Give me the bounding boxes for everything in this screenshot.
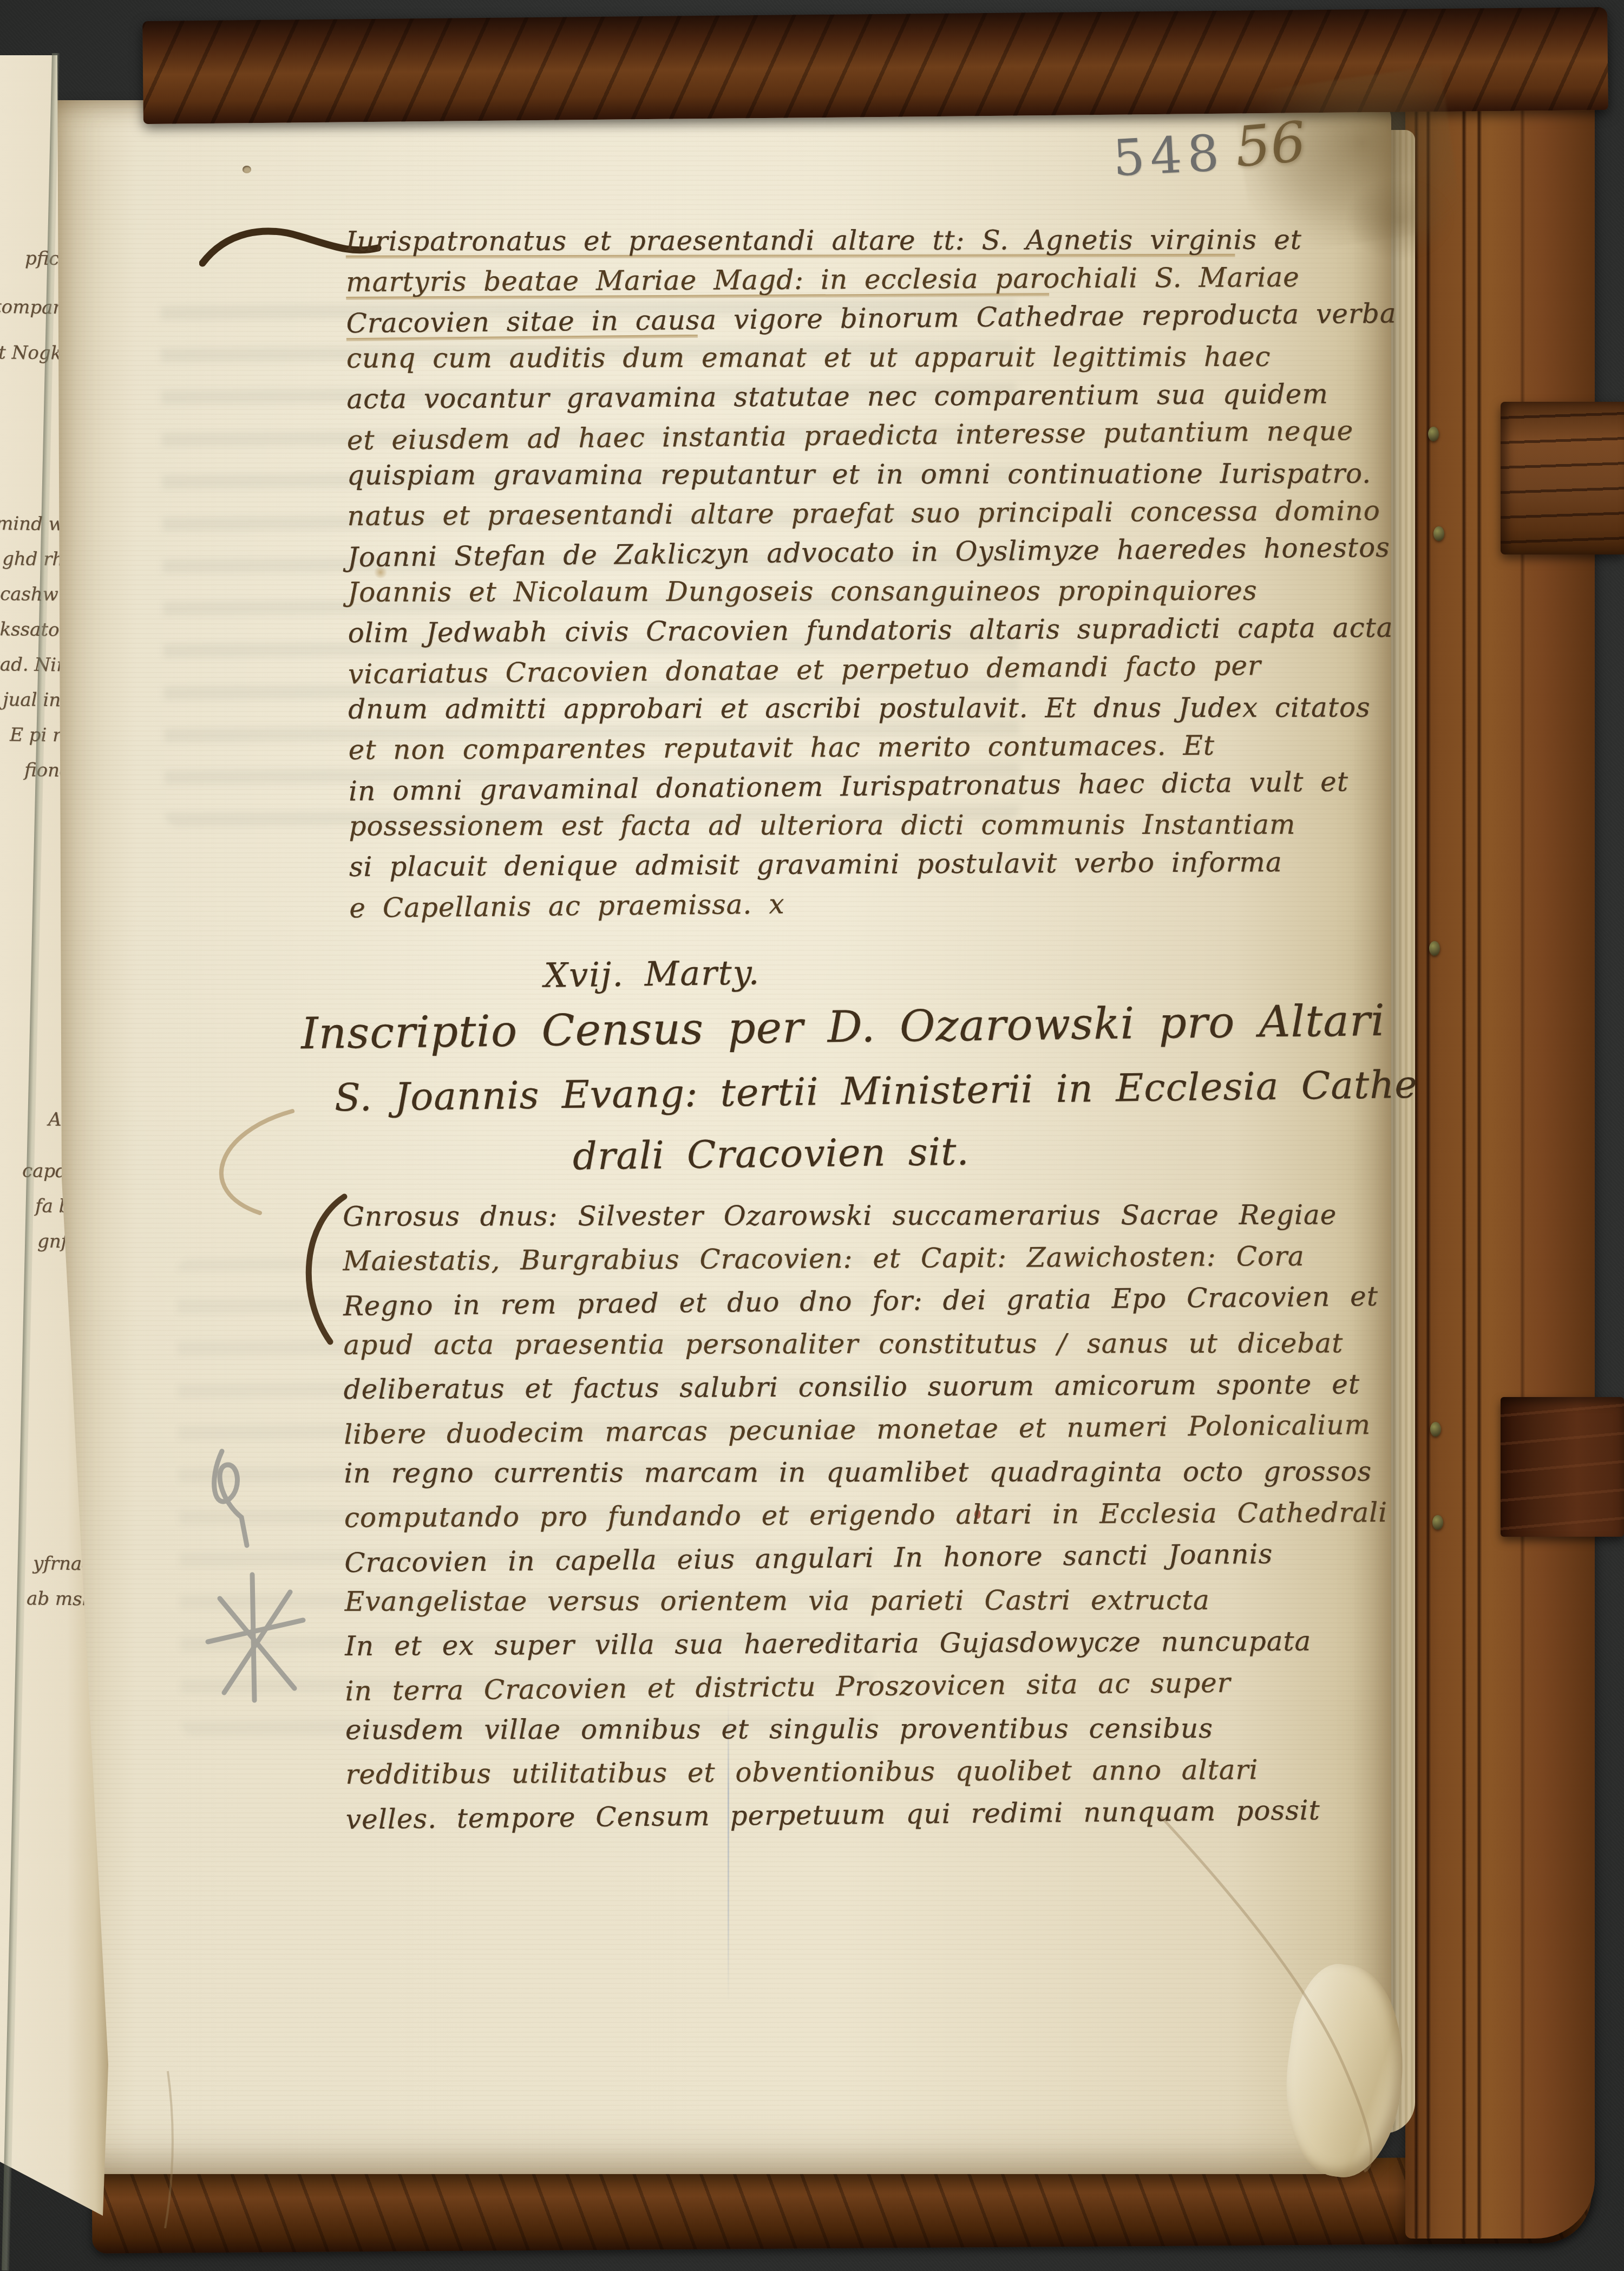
manuscript-line: In et ex super villa sua haereditaria Gu…: [345, 1620, 1384, 1668]
manuscript-line: Iurispatronatus et praesentandi altare t…: [346, 220, 1380, 260]
manuscript-line: Evangelistae versus orientem via parieti…: [345, 1578, 1384, 1623]
manuscript-line: e Capellanis ac praemissa. x: [349, 879, 1384, 928]
binding-nail: [1430, 1422, 1441, 1437]
pencil-folio-number: 548: [1111, 124, 1226, 188]
manuscript-line: velles. tempore Censum perpetuum qui red…: [346, 1789, 1386, 1841]
pencil-mark-n-icon: [214, 1451, 247, 1545]
manuscript-line: in omni gravaminal donationem Iurispatro…: [349, 762, 1383, 811]
manuscript-line: quispiam gravamina reputantur et in omni…: [347, 454, 1381, 494]
paragraph-1: Iurispatronatus et praesentandi altare t…: [346, 218, 1384, 925]
manuscript-line: Regno in rem praed et duo dno for: dei g…: [343, 1275, 1383, 1328]
binding-ridge: [1477, 31, 1482, 2239]
manuscript-line: Cracovien in capella eius angulari In ho…: [344, 1532, 1384, 1584]
leather-clasp-strap-upper: [1501, 402, 1624, 554]
pencil-margin-marks: [188, 1430, 324, 1722]
binding-nail: [1428, 427, 1439, 441]
binding-nail: [1432, 1515, 1443, 1530]
binding-ridge: [1462, 31, 1466, 2239]
binding-nail: [1433, 526, 1444, 541]
binding-ridge: [1520, 31, 1525, 2239]
manuscript-line: Joanni Stefan de Zakliczyn advocato in O…: [348, 528, 1382, 577]
manuscript-line: possessionem est facta ad ulteriora dict…: [349, 805, 1383, 845]
pencil-mark-star-icon: [208, 1575, 303, 1700]
manuscript-line: dnum admitti approbari et ascribi postul…: [348, 688, 1382, 728]
book-cover-top-edge: [142, 7, 1608, 124]
manuscript-line: Maiestatis, Burgrabius Cracovien: et Cap…: [343, 1235, 1382, 1283]
binding-nail: [1429, 941, 1440, 956]
book-cover-right-board: [1405, 31, 1595, 2239]
entry-title-line: drali Cracovien sit.: [573, 1130, 970, 1179]
manuscript-line: apud acta praesentia personaliter consti…: [343, 1322, 1383, 1366]
manuscript-line: Joannis et Nicolaum Dungoseis consanguin…: [348, 571, 1381, 611]
manuscript-line: libere duodecim marcas pecuniae monetae …: [344, 1404, 1384, 1456]
manuscript-line: eiusdem villae omnibus et singulis prove…: [345, 1707, 1385, 1751]
leather-clasp-strap-lower: [1501, 1397, 1624, 1537]
manuscript-line: in terra Cracovien et districtu Proszovi…: [345, 1660, 1385, 1713]
binding-ridge: [1426, 31, 1431, 2239]
date-heading: Xvij. Marty.: [544, 952, 761, 995]
manuscript-line: in regno currentis marcam in quamlibet q…: [344, 1450, 1384, 1495]
manuscript-line: Cracovien sitae in causa vigore binorum …: [346, 294, 1380, 343]
manuscript-line: Gnrosus dnus: Silvester Ozarowski succam…: [343, 1193, 1382, 1238]
manuscript-line: computando pro fundando et erigendo alta…: [344, 1491, 1384, 1539]
manuscript-line: et eiusdem ad haec instantia praedicta i…: [346, 411, 1381, 460]
manuscript-line: deliberatus et factus salubri consilio s…: [344, 1363, 1383, 1411]
ink-folio-number: 56: [1233, 110, 1308, 180]
archival-book-photo: pficiendtomparens·et Nogkowamind wundghd…: [0, 0, 1624, 2271]
worm-hole: [243, 166, 251, 173]
paragraph-2: Gnrosus dnus: Silvester Ozarowski succam…: [343, 1192, 1385, 1839]
manuscript-line: vicariatus Cracovien donatae et perpetuo…: [348, 645, 1383, 694]
manuscript-line: redditibus utilitatibus et obventionibus…: [345, 1748, 1385, 1796]
manuscript-line: cunq cum auditis dum emanat et ut apparu…: [346, 337, 1380, 377]
